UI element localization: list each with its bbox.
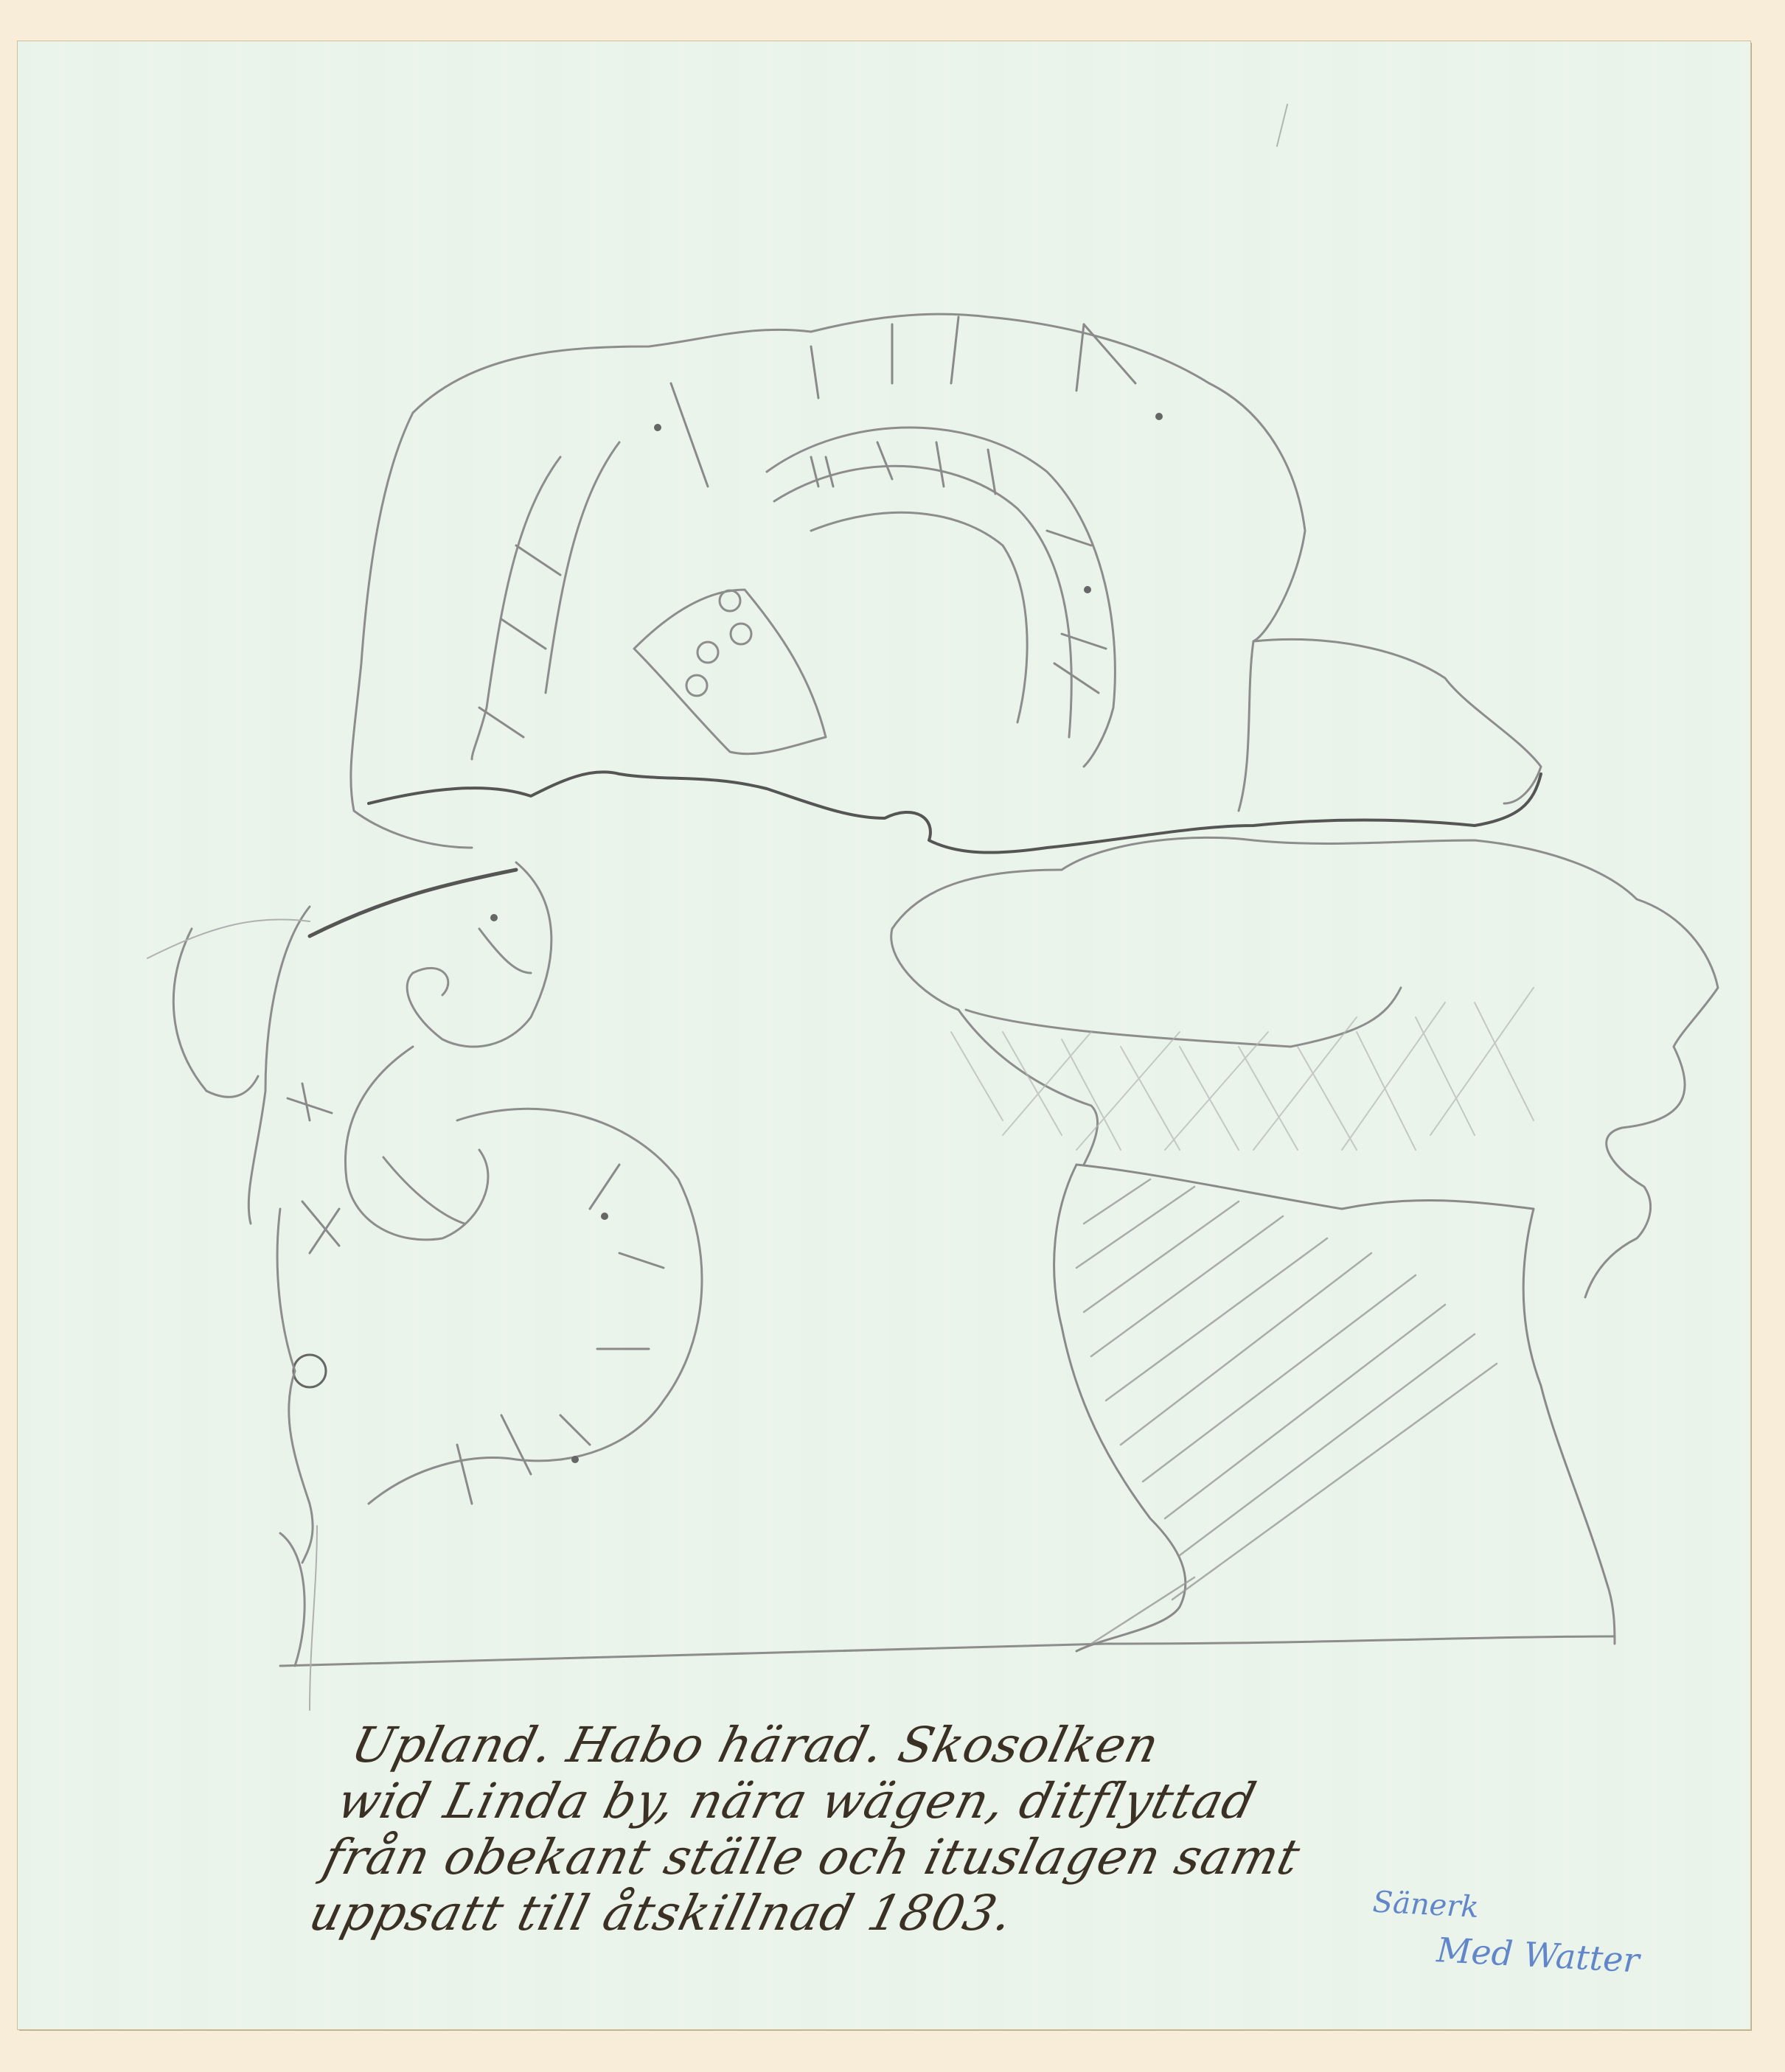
upper-fragment-outline — [413, 314, 1541, 803]
caption-line-2: wid Linda by, nära wägen, ditflyttad — [332, 1773, 1525, 1829]
caption-line-4: uppsatt till åtskillnad 1803. — [304, 1886, 1497, 1942]
caption-line-3: från obekant ställe och ituslagen samt — [318, 1829, 1511, 1886]
base-outline — [280, 1533, 305, 1666]
dotted-tongue — [634, 590, 826, 754]
crosshatch — [951, 988, 1534, 1150]
right-fragment-outline — [1062, 837, 1718, 1297]
rune-dots — [490, 413, 1163, 1463]
hatch-lines — [1076, 1179, 1497, 1644]
rune-marks — [288, 317, 1135, 1504]
blue-pencil-annotation: Sänerk Med Watter — [1369, 1880, 1643, 1983]
fracture-line — [369, 772, 1541, 852]
handwritten-caption: Upland. Habo härad. Skosolken wid Linda … — [304, 1717, 1539, 1942]
shaded-region — [1054, 1165, 1607, 1651]
caption-line-1: Upland. Habo härad. Skosolken — [346, 1717, 1539, 1773]
